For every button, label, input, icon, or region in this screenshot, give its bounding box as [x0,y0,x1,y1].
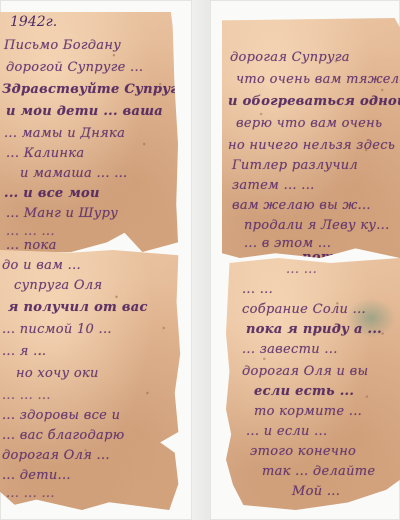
handwritten-line: я получил от вас [8,300,148,315]
handwritten-line: и мои дети ... ваша [6,104,163,119]
handwritten-line: и мамаша ... ... [20,166,128,181]
handwritten-line: супруга Оля [14,278,102,293]
handwritten-line: ... здоровы все и [2,408,120,423]
handwritten-line: ... завести ... [242,342,338,357]
handwritten-line: вам желаю вы ж... [232,198,371,213]
handwritten-line: ... вас благодарю [2,428,124,443]
handwritten-line: ... в этом ... [244,236,331,251]
handwritten-line: дорогой Супруге ... [6,60,143,75]
handwritten-line: ... ... [286,262,317,277]
handwritten-line: этого конечно [250,444,356,459]
handwritten-line: затем ... ... [232,178,315,193]
handwritten-line: ... ... ... [6,486,55,501]
handwritten-line: до и вам ... [2,258,81,273]
handwritten-line: но ничего нельзя здесь [228,138,395,153]
handwritten-line: ... я ... [2,344,46,359]
handwritten-line: дорогая Оля ... [2,448,110,463]
right-page-bottom-fragment: ... ... ... ... собрание Соли ... пока я… [226,258,400,510]
handwritten-line: ... дети... [2,468,71,483]
handwritten-line: ... мамы и Дняка [4,126,125,141]
handwritten-line: Мой ... [292,484,340,499]
handwritten-line: Гитлер разлучил [232,158,358,173]
handwritten-line: и обогреваться одной [228,94,400,109]
handwritten-line: но хочу оки [16,366,99,381]
handwritten-line: собрание Соли ... [242,302,366,317]
handwritten-line: так ... делайте [262,464,375,479]
handwritten-line: продали я Леву ку... [244,218,390,233]
handwritten-line: ... ... [242,282,273,297]
handwritten-line: ... и если ... [246,424,327,439]
handwritten-line: Письмо Богдану [4,38,121,53]
handwritten-line: что очень вам тяжело [236,72,400,87]
handwritten-line: Здравствуйте Супруга [2,82,178,97]
handwritten-line: пока я приду а ... [246,322,382,337]
photo-scene: 1942г. Письмо Богдану дорогой Супруге ..… [0,0,400,520]
handwritten-line: ... и все мои [4,186,100,201]
handwritten-line: дорогая Оля и вы [242,364,368,379]
right-page-top-fragment: дорогая Супруга что очень вам тяжело и о… [222,18,400,258]
left-page-top-fragment: 1942г. Письмо Богдану дорогой Супруге ..… [0,12,178,252]
handwritten-line: дорогая Супруга [230,50,350,65]
handwritten-line: то кормите ... [254,404,362,419]
handwritten-line: верю что вам очень [236,116,382,131]
left-page-bottom-fragment: до и вам ... супруга Оля я получил от ва… [0,250,182,510]
handwritten-line: ... писмой 10 ... [2,322,112,337]
handwritten-line: ... пока [6,238,57,252]
letter-date: 1942г. [10,14,57,30]
handwritten-line: если есть ... [254,384,354,399]
handwritten-line: ... ... ... [6,224,55,239]
handwritten-line: ... Манг и Шуру [6,206,118,221]
handwritten-line: ... ... ... [2,388,51,403]
handwritten-line: ... Калинка [6,146,84,161]
